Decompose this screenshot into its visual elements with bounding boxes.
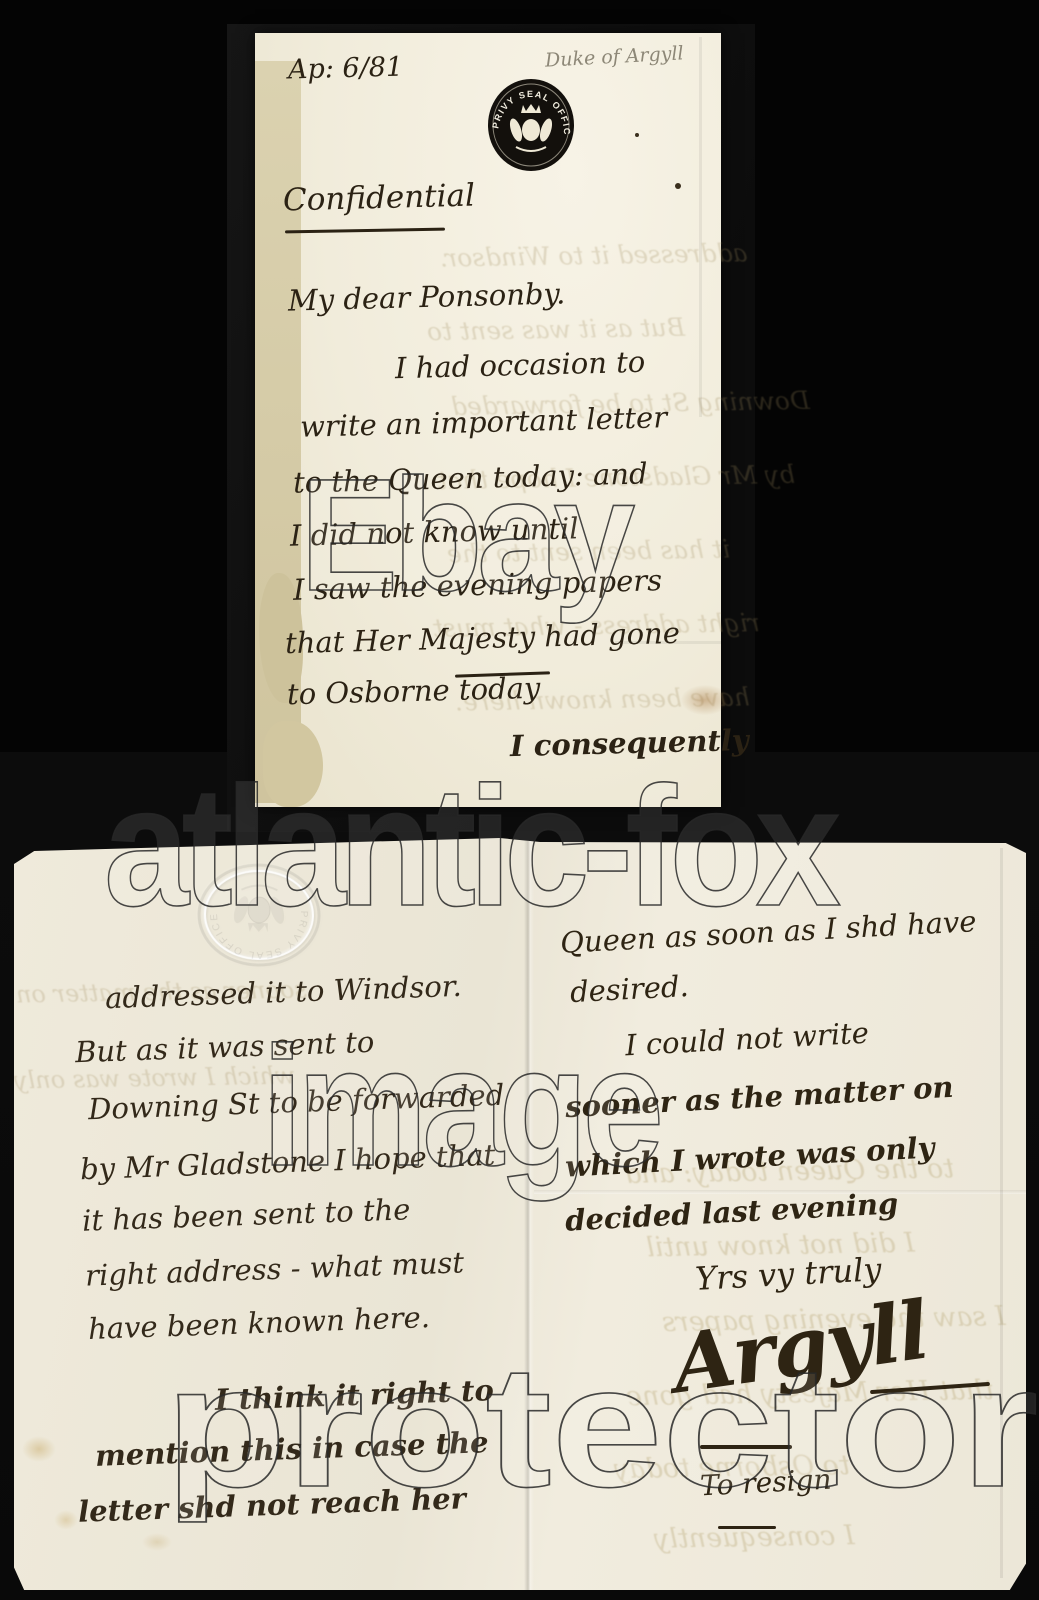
privy-seal-icon: PRIVY SEAL OFFICE bbox=[487, 78, 575, 172]
letter-line: right address - what must bbox=[85, 1245, 465, 1292]
letter-line: I had occasion to bbox=[395, 345, 646, 386]
ink-speck bbox=[635, 133, 639, 137]
pencil-annotation: Duke of Argyll bbox=[545, 42, 685, 71]
photo-collage: PRIVY SEAL OFFICE sooner as the matter o… bbox=[0, 0, 1039, 1600]
atlantic-fox-watermark: atlantic-fox bbox=[104, 762, 834, 932]
stain bbox=[681, 685, 729, 715]
ghost-text: But as it was sent to bbox=[427, 313, 686, 346]
image-watermark: image bbox=[262, 1022, 659, 1192]
confidential-heading: Confidential bbox=[283, 177, 476, 218]
letter-paper-page1: addressed it to Windsor. But as it was s… bbox=[255, 33, 721, 807]
ink-speck bbox=[675, 183, 681, 189]
protector-watermark: protector bbox=[165, 1340, 1038, 1513]
letter-line: desired. bbox=[569, 969, 689, 1009]
heading-underline bbox=[285, 228, 445, 234]
vertical-crease bbox=[699, 37, 702, 417]
photo-letter-page1: addressed it to Windsor. But as it was s… bbox=[227, 24, 755, 832]
letter-line: to Osborne today bbox=[287, 671, 541, 712]
ebay-watermark: Ebay bbox=[300, 455, 630, 615]
stain bbox=[142, 1533, 172, 1551]
stain bbox=[22, 1436, 56, 1462]
date-note: Ap: 6/81 bbox=[288, 51, 404, 85]
annotation-underline bbox=[718, 1526, 776, 1529]
seal-shield bbox=[522, 119, 540, 141]
stain bbox=[54, 1510, 78, 1530]
salutation: My dear Ponsonby. bbox=[288, 276, 566, 317]
letter-line: I could not write bbox=[624, 1016, 869, 1063]
letter-line: write an important letter bbox=[300, 400, 668, 444]
letter-line: addressed it to Windsor. bbox=[105, 969, 463, 1015]
